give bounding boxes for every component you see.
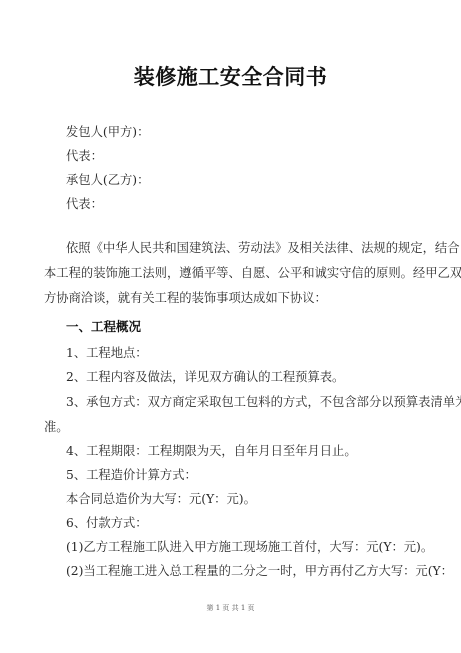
clause-line: 4、工程期限：工程期限为天，自年月日至年月日止。 [66, 443, 357, 459]
page-number-footer: 第 1 页 共 1 页 [0, 603, 461, 613]
clause-line: 3、承包方式：双方商定采取包工包料的方式，不包含部分以预算表清单为 [66, 394, 461, 410]
intro-line: 依照《中华人民共和国建筑法、劳动法》及相关法律、法规的规定，结合 [66, 240, 460, 256]
clause-line: 本合同总造价为大写：元(Y：元)。 [66, 491, 256, 507]
party-b-representative: 代表： [66, 196, 103, 212]
clause-line: 准。 [44, 419, 69, 435]
clause-line: 6、付款方式： [66, 515, 148, 531]
section-heading: 一、工程概况 [66, 319, 141, 335]
document-title: 装修施工安全合同书 [0, 61, 461, 91]
intro-line: 本工程的装饰施工法则，遵循平等、自愿、公平和诚实守信的原则。经甲乙双 [44, 265, 461, 281]
party-b-label: 承包人(乙方)： [66, 172, 149, 188]
party-a-representative: 代表： [66, 148, 103, 164]
intro-line: 方协商洽谈，就有关工程的装饰事项达成如下协议： [44, 290, 327, 306]
party-a-label: 发包人(甲方)： [66, 124, 149, 140]
clause-line: 1、工程地点： [66, 345, 148, 361]
clause-line: 2、工程内容及做法，详见双方确认的工程预算表。 [66, 369, 344, 385]
clause-line: (1)乙方工程施工队进入甲方施工现场施工首付，大写：元(Y：元)。 [66, 539, 433, 555]
clause-line: 5、工程造价计算方式： [66, 467, 197, 483]
clause-line: (2)当工程施工进入总工程量的二分之一时，甲方再付乙方大写：元(Y： [66, 563, 453, 579]
